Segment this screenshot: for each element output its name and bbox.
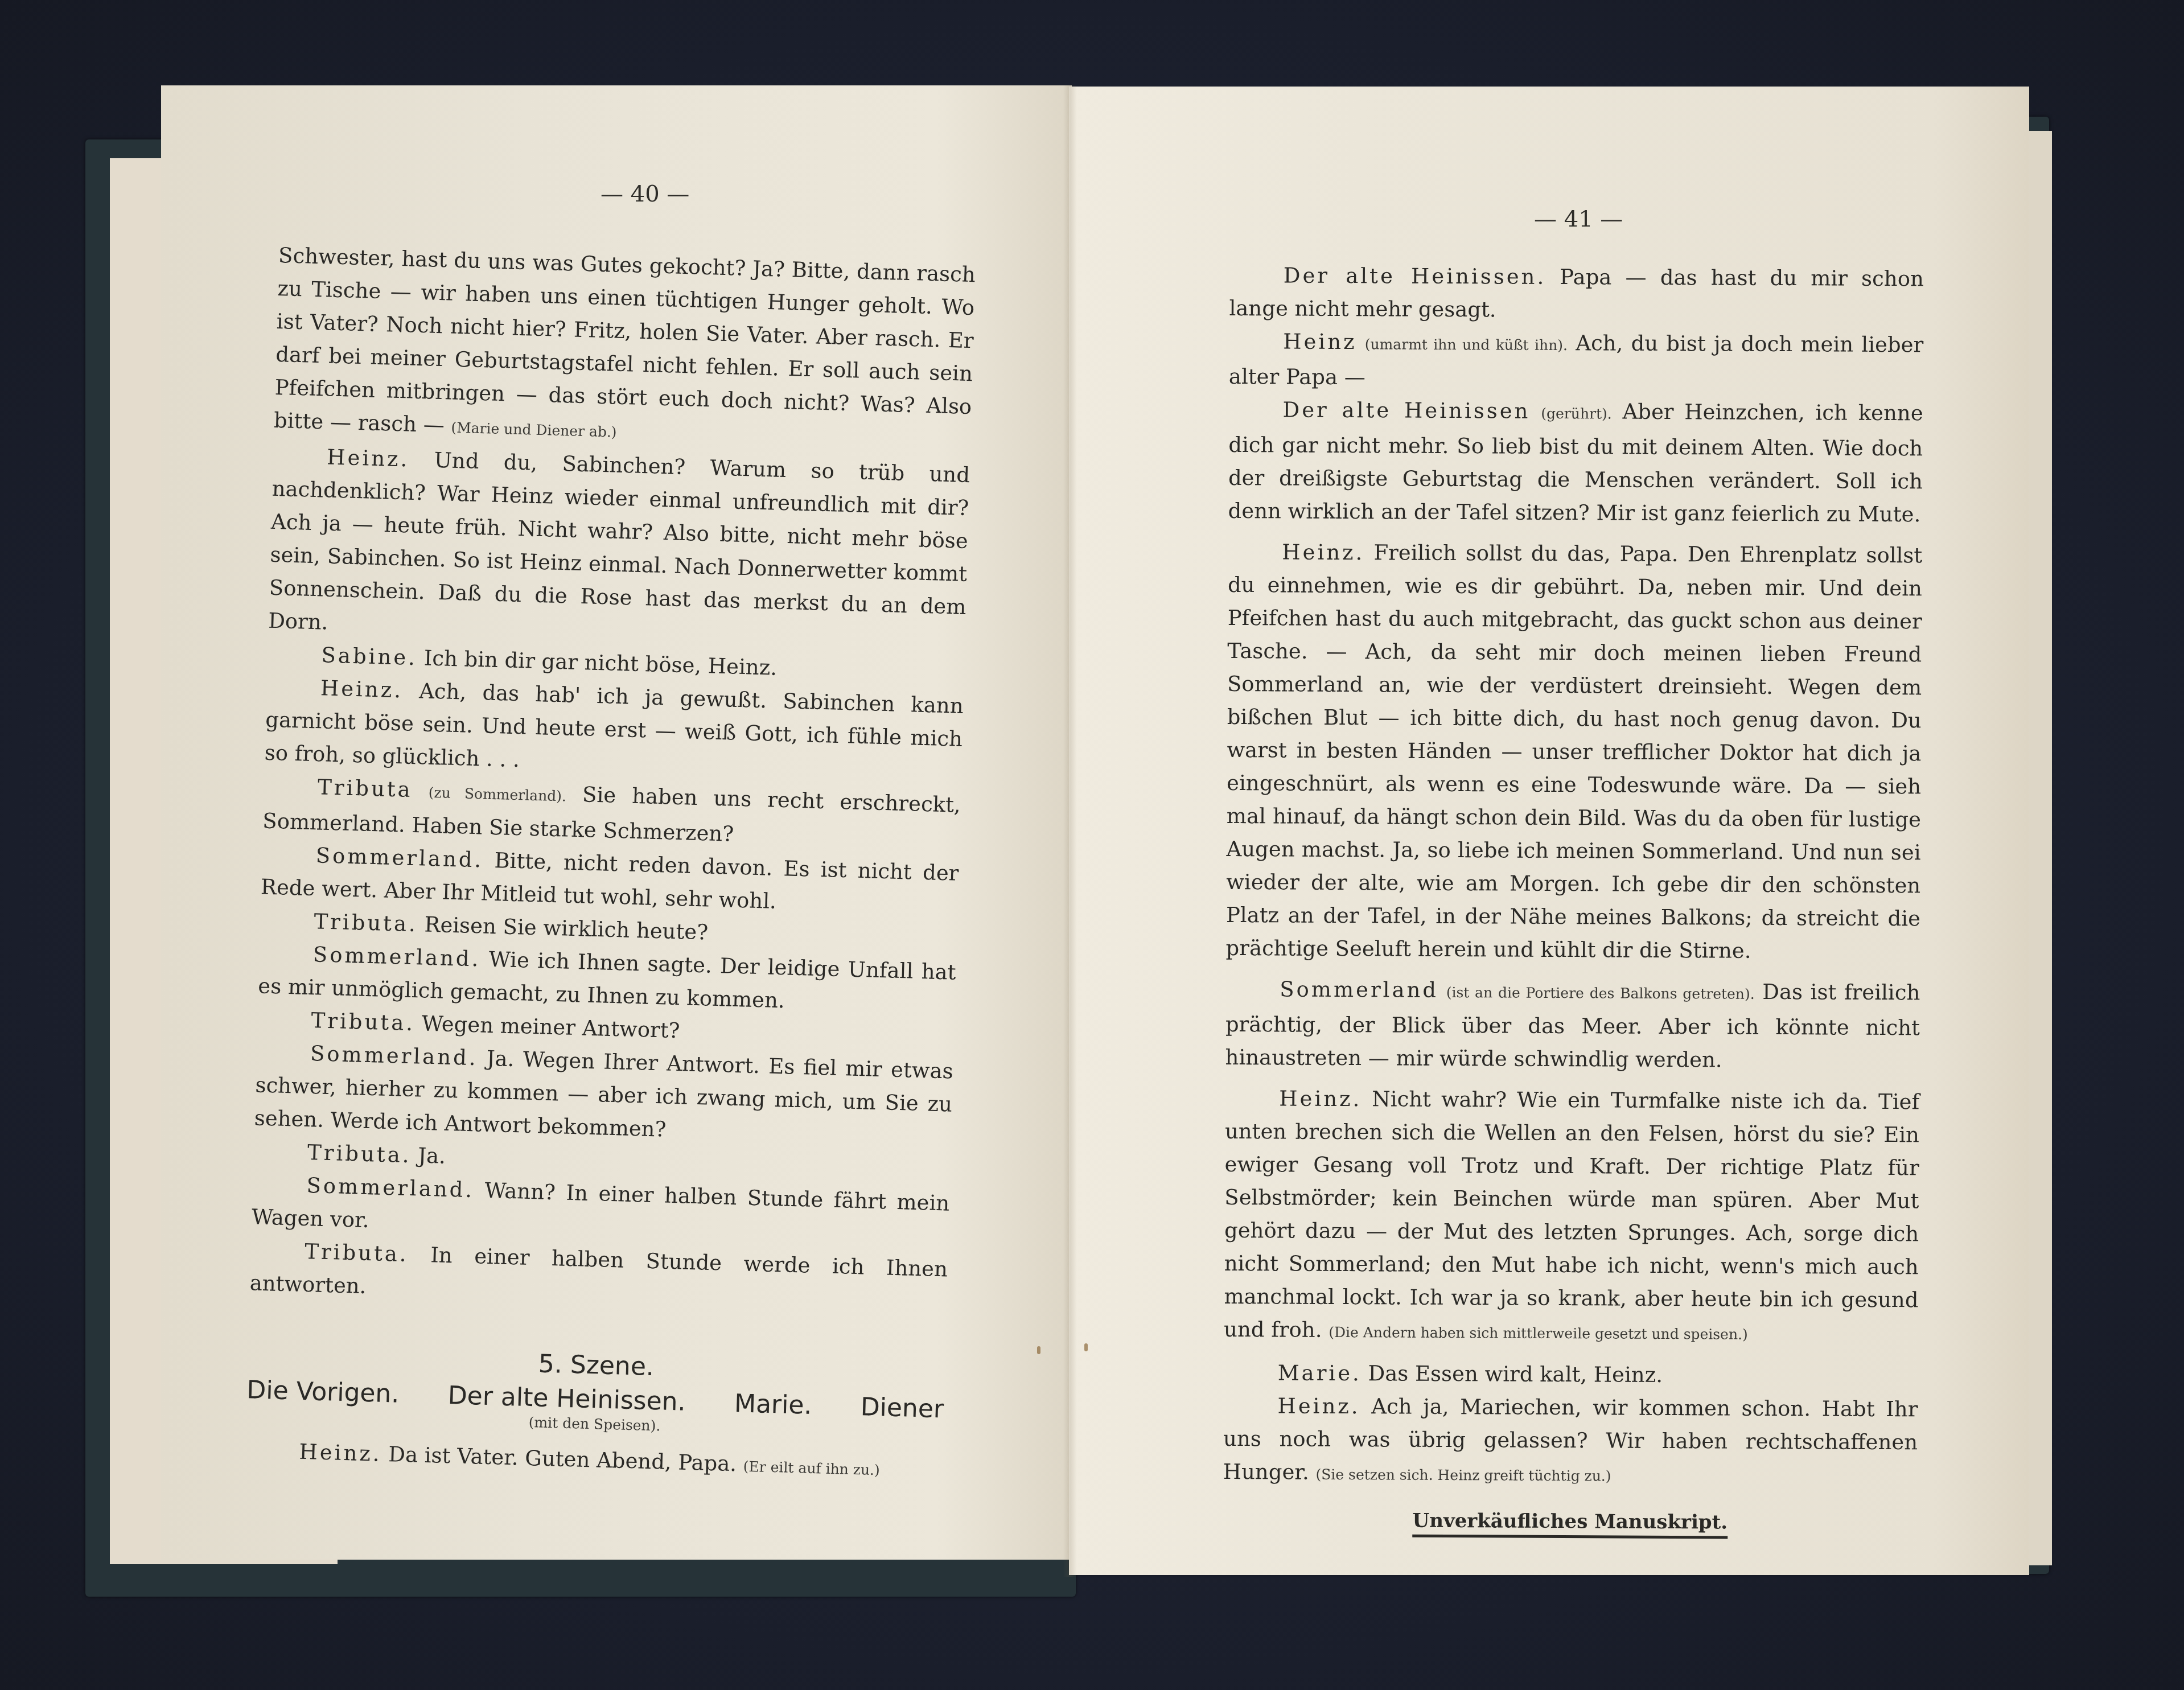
paragraph: Sommerland. Ja. Wegen Ihrer Antwort. Es … bbox=[254, 1035, 953, 1154]
paragraph: Marie. Das Essen wird kalt, Heinz. bbox=[1224, 1356, 1918, 1393]
stage-direction: (umarmt ihn und küßt ihn). bbox=[1365, 336, 1568, 353]
paragraph: Der alte Heinissen. Papa — das hast du m… bbox=[1229, 259, 1924, 328]
speaker-name: Tributa. bbox=[314, 909, 418, 936]
speaker-name: Heinz. bbox=[299, 1440, 382, 1466]
paragraph: Heinz. Ach ja, Mariechen, wir kommen sch… bbox=[1223, 1389, 1918, 1494]
speaker-name: Heinz. bbox=[1277, 1393, 1360, 1418]
paragraph: Heinz. Ach, das hab' ich ja gewußt. Sabi… bbox=[264, 671, 964, 789]
stage-direction: (zu Sommerland). bbox=[428, 784, 566, 805]
left-page-text: Schwester, hast du uns was Gutes gekocht… bbox=[245, 239, 976, 1488]
speaker-name: Sommerland. bbox=[310, 1041, 478, 1070]
speaker-name: Tributa bbox=[318, 775, 413, 802]
speaker-name: Tributa. bbox=[305, 1239, 409, 1267]
stage-direction: (Marie und Diener ab.) bbox=[451, 420, 617, 441]
paragraph: Schwester, hast du uns was Gutes gekocht… bbox=[273, 239, 976, 459]
page-number-right: — 41 — bbox=[1534, 206, 1623, 232]
cast-member: Diener bbox=[860, 1392, 944, 1425]
paragraph: Der alte Heinissen (gerührt). Aber Heinz… bbox=[1228, 393, 1923, 531]
speaker-name: Sommerland. bbox=[306, 1173, 475, 1202]
paragraph: Heinz. Freilich sollst du das, Papa. Den… bbox=[1226, 536, 1923, 968]
stage-direction: (Sie setzen sich. Heinz greift tüchtig z… bbox=[1315, 1466, 1611, 1485]
speaker-name: Heinz bbox=[1283, 329, 1357, 354]
paragraph: Heinz. Nicht wahr? Wie ein Turmfalke nis… bbox=[1224, 1082, 1919, 1352]
right-page-text: Der alte Heinissen. Papa — das hast du m… bbox=[1223, 259, 1924, 1540]
speaker-name: Heinz. bbox=[320, 676, 403, 702]
paragraph: Heinz. Und du, Sabinchen? Warum so trüb … bbox=[268, 439, 970, 657]
speaker-name: Sommerland. bbox=[315, 843, 484, 872]
paper-stain bbox=[1084, 1343, 1088, 1351]
paper-stain bbox=[1037, 1346, 1040, 1354]
speaker-name: Heinz. bbox=[327, 445, 410, 472]
cast-member: Die Vorigen. bbox=[246, 1375, 400, 1409]
speaker-name: Tributa. bbox=[311, 1008, 416, 1035]
speaker-name: Der alte Heinissen bbox=[1283, 397, 1531, 423]
page-number-left: — 40 — bbox=[601, 181, 689, 207]
speaker-name: Marie. bbox=[1278, 1360, 1362, 1385]
cast-member: Marie. bbox=[734, 1388, 812, 1421]
speaker-name: Heinz. bbox=[1282, 540, 1364, 565]
paragraph: Sommerland (ist an die Portiere des Balk… bbox=[1225, 973, 1920, 1078]
stage-direction: (ist an die Portiere des Balkons getrete… bbox=[1446, 984, 1755, 1002]
speaker-name: Tributa. bbox=[307, 1140, 412, 1167]
stage-direction: (gerührt). bbox=[1541, 405, 1612, 422]
speaker-name: Sommerland bbox=[1280, 977, 1438, 1002]
speaker-name: Sabine. bbox=[321, 643, 418, 670]
stage-direction: (Die Andern haben sich mittlerweile gese… bbox=[1329, 1324, 1748, 1343]
book-gutter bbox=[1063, 85, 1077, 1577]
paragraph: Heinz (umarmt ihn und küßt ihn). Ach, du… bbox=[1229, 325, 1924, 397]
unsellable-manuscript-notice: Unverkäufliches Manuskript. bbox=[1223, 1503, 1917, 1540]
speaker-name: Der alte Heinissen. bbox=[1284, 263, 1547, 289]
stage-direction: (Er eilt auf ihn zu.) bbox=[743, 1458, 880, 1479]
speaker-name: Sommerland. bbox=[312, 942, 481, 971]
speaker-name: Heinz. bbox=[1279, 1086, 1362, 1111]
